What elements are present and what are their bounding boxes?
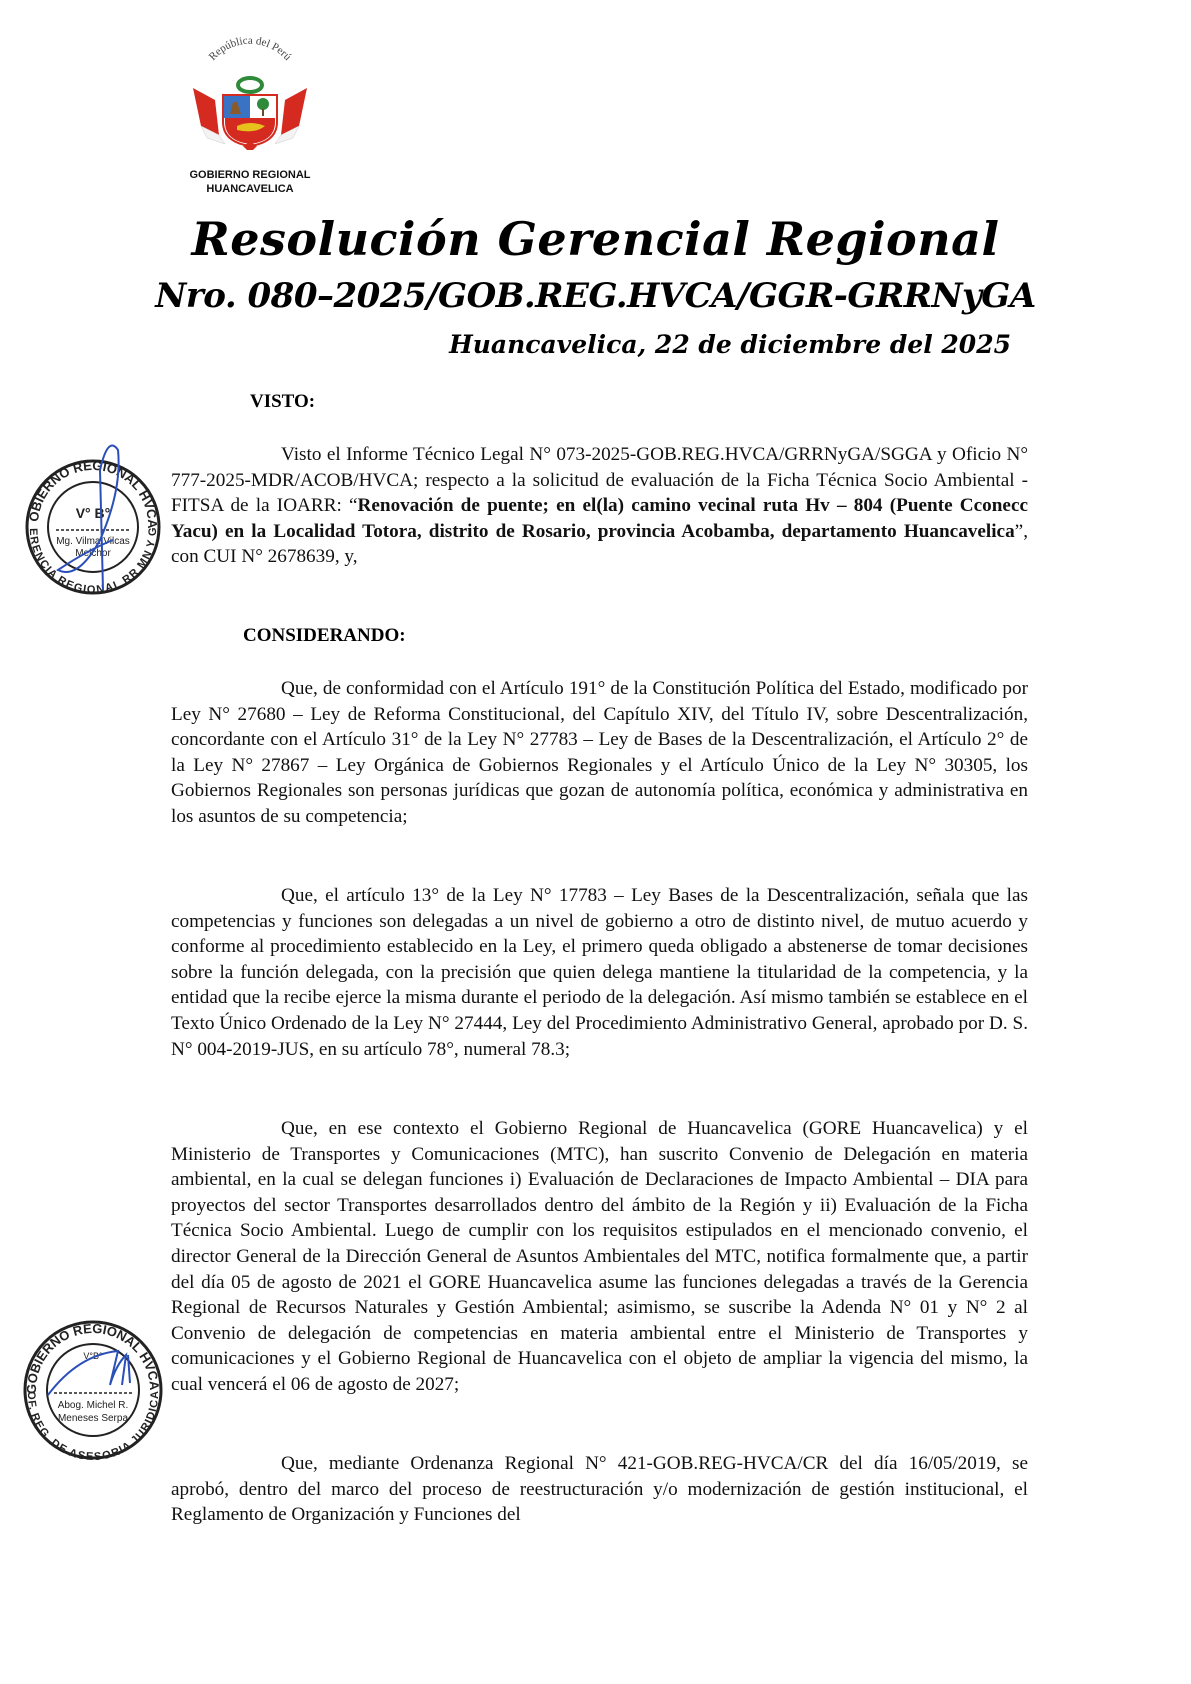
document-page: República del Perú GOBIERNO REGIONAL HUA… <box>0 0 1191 1684</box>
considerando-paragraph-1: Que, de conformidad con el Artículo 191°… <box>171 676 1028 830</box>
stamp-1-vobo: V° B° <box>76 505 111 521</box>
visto-paragraph: Visto el Informe Técnico Legal N° 073-20… <box>171 442 1028 570</box>
crest-motto: República del Perú <box>207 35 294 64</box>
organization-name: GOBIERNO REGIONAL HUANCAVELICA <box>160 168 340 196</box>
place-and-date: Huancavelica, 22 de diciembre del 2025 <box>449 330 1011 359</box>
stamp-1-name-1: Mg. Vilma Vilcas <box>56 536 130 547</box>
document-title: Resolución Gerencial Regional <box>0 212 1191 266</box>
peru-coat-of-arms-icon: República del Perú <box>185 30 315 150</box>
stamp-2-name-2: Meneses Serpa <box>58 1413 128 1424</box>
stamp-2-name-1: Abog. Michel R. <box>58 1400 129 1411</box>
approval-stamp-2: GOBIERNO REGIONAL HVCA. OF. REG. DE ASES… <box>18 1315 168 1465</box>
resolution-number: Nro. 080–2025/GOB.REG.HVCA/GGR-GRRNyGA <box>0 276 1191 316</box>
org-line-2: HUANCAVELICA <box>160 182 340 196</box>
visto-heading: VISTO: <box>250 391 315 413</box>
considerando-paragraph-4: Que, mediante Ordenanza Regional N° 421-… <box>171 1451 1028 1528</box>
considerando-paragraph-2: Que, el artículo 13° de la Ley N° 17783 … <box>171 883 1028 1062</box>
considerando-heading: CONSIDERANDO: <box>243 625 406 647</box>
svg-text:República del Perú: República del Perú <box>207 35 294 64</box>
considerando-paragraph-3: Que, en ese contexto el Gobierno Regiona… <box>171 1116 1028 1398</box>
org-line-1: GOBIERNO REGIONAL <box>160 168 340 182</box>
approval-stamp-1: GOBIERNO REGIONAL HVCA. GERENCIA REGIONA… <box>18 430 168 620</box>
